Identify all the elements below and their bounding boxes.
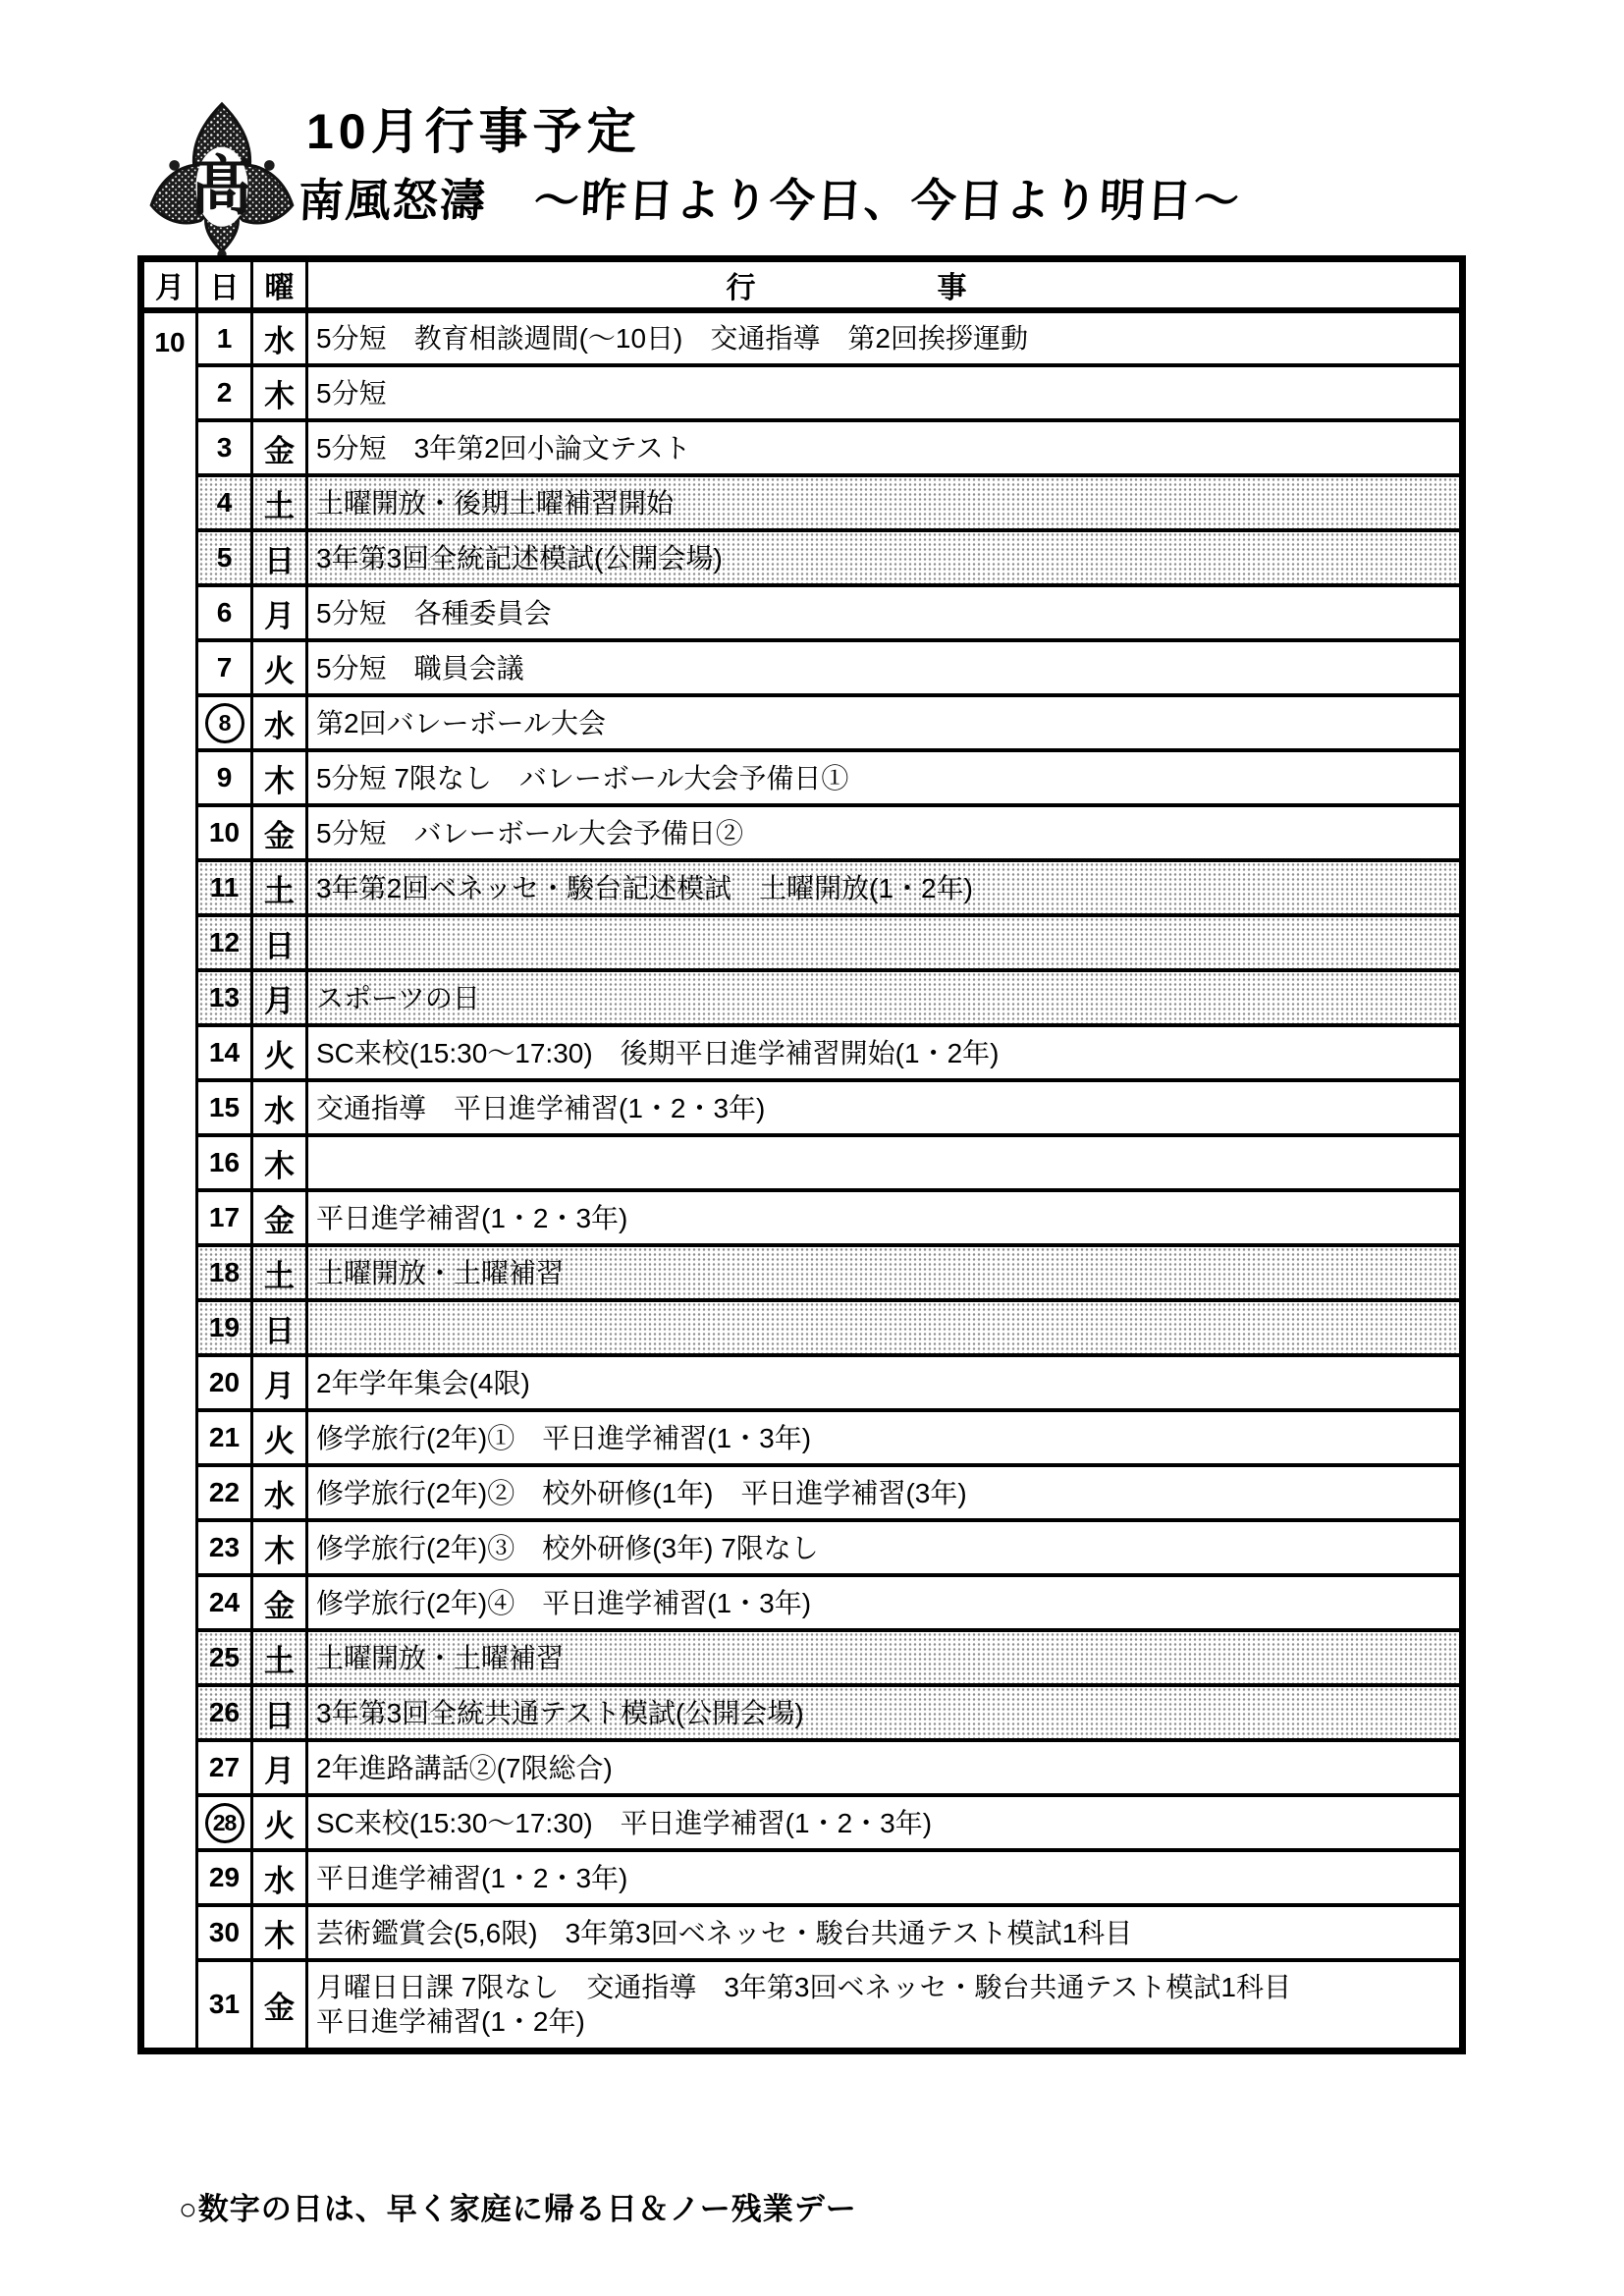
table-row: 18土土曜開放・土曜補習 [141, 1245, 1463, 1300]
table-row: 17金平日進学補習(1・2・3年) [141, 1190, 1463, 1245]
event-cell [307, 915, 1463, 970]
day-cell: 15 [197, 1080, 252, 1135]
weekday-cell: 火 [252, 640, 307, 695]
weekday-cell: 水 [252, 1465, 307, 1520]
day-cell: 10 [197, 805, 252, 860]
day-cell: 4 [197, 475, 252, 530]
event-cell: 月曜日日課 7限なし 交通指導 3年第3回ベネッセ・駿台共通テスト模試1科目平日… [307, 1960, 1463, 2050]
weekday-cell: 火 [252, 1025, 307, 1080]
event-cell: 平日進学補習(1・2・3年) [307, 1850, 1463, 1905]
table-row: 8水第2回バレーボール大会 [141, 695, 1463, 750]
table-row: 22水修学旅行(2年)② 校外研修(1年) 平日進学補習(3年) [141, 1465, 1463, 1520]
table-row: 19日 [141, 1300, 1463, 1355]
column-header-weekday: 曜 [252, 259, 307, 311]
event-cell: 修学旅行(2年)② 校外研修(1年) 平日進学補習(3年) [307, 1465, 1463, 1520]
event-cell: 2年学年集会(4限) [307, 1355, 1463, 1410]
day-cell: 28 [197, 1795, 252, 1850]
column-header-event: 行事 [307, 259, 1463, 311]
table-row: 27月2年進路講話②(7限総合) [141, 1740, 1463, 1795]
day-cell: 25 [197, 1630, 252, 1685]
table-row: 4土土曜開放・後期土曜補習開始 [141, 475, 1463, 530]
circled-day-number: 28 [205, 1803, 244, 1843]
table-row: 16木 [141, 1135, 1463, 1190]
logo-kanji: 髙 [189, 150, 254, 222]
table-row: 2木5分短 [141, 365, 1463, 420]
table-row: 10金5分短 バレーボール大会予備日② [141, 805, 1463, 860]
day-cell: 20 [197, 1355, 252, 1410]
day-cell: 21 [197, 1410, 252, 1465]
table-row: 13月スポーツの日 [141, 970, 1463, 1025]
day-cell: 22 [197, 1465, 252, 1520]
event-cell [307, 1135, 1463, 1190]
table-row: 24金修学旅行(2年)④ 平日進学補習(1・3年) [141, 1575, 1463, 1630]
weekday-cell: 金 [252, 1190, 307, 1245]
day-cell: 6 [197, 585, 252, 640]
weekday-cell: 水 [252, 695, 307, 750]
document-page: 髙 10月行事予定 南風怒濤 ～昨日より今日、今日より明日～ 月 日 曜 行事 … [0, 0, 1624, 2296]
event-cell: 5分短 職員会議 [307, 640, 1463, 695]
event-cell: 2年進路講話②(7限総合) [307, 1740, 1463, 1795]
weekday-cell: 水 [252, 1850, 307, 1905]
day-cell: 3 [197, 420, 252, 475]
day-cell: 9 [197, 750, 252, 805]
table-row: 20月2年学年集会(4限) [141, 1355, 1463, 1410]
table-row: 9木5分短 7限なし バレーボール大会予備日① [141, 750, 1463, 805]
table-row: 11土3年第2回ベネッセ・駿台記述模試 土曜開放(1・2年) [141, 860, 1463, 915]
event-cell: 平日進学補習(1・2・3年) [307, 1190, 1463, 1245]
table-row: 31金月曜日日課 7限なし 交通指導 3年第3回ベネッセ・駿台共通テスト模試1科… [141, 1960, 1463, 2050]
event-cell: 修学旅行(2年)③ 校外研修(3年) 7限なし [307, 1520, 1463, 1575]
event-cell: スポーツの日 [307, 970, 1463, 1025]
table-row: 28火SC来校(15:30～17:30) 平日進学補習(1・2・3年) [141, 1795, 1463, 1850]
day-cell: 31 [197, 1960, 252, 2050]
day-cell: 23 [197, 1520, 252, 1575]
weekday-cell: 日 [252, 1685, 307, 1740]
day-cell: 26 [197, 1685, 252, 1740]
day-cell: 16 [197, 1135, 252, 1190]
event-cell: 3年第2回ベネッセ・駿台記述模試 土曜開放(1・2年) [307, 860, 1463, 915]
day-cell: 24 [197, 1575, 252, 1630]
day-cell: 12 [197, 915, 252, 970]
school-emblem-logo: 髙 [145, 100, 298, 261]
table-row: 101水5分短 教育相談週間(～10日) 交通指導 第2回挨拶運動 [141, 310, 1463, 365]
event-cell: 5分短 各種委員会 [307, 585, 1463, 640]
event-cell: 第2回バレーボール大会 [307, 695, 1463, 750]
weekday-cell: 金 [252, 805, 307, 860]
table-header-row: 月 日 曜 行事 [141, 259, 1463, 311]
event-cell: 修学旅行(2年)① 平日進学補習(1・3年) [307, 1410, 1463, 1465]
day-cell: 30 [197, 1905, 252, 1960]
month-cell: 10 [141, 310, 197, 2050]
event-cell: 5分短 7限なし バレーボール大会予備日① [307, 750, 1463, 805]
day-cell: 29 [197, 1850, 252, 1905]
day-cell: 17 [197, 1190, 252, 1245]
page-subtitle: 南風怒濤 ～昨日より今日、今日より明日～ [297, 165, 1242, 230]
event-cell: 3年第3回全統共通テスト模試(公開会場) [307, 1685, 1463, 1740]
weekday-cell: 金 [252, 1960, 307, 2050]
event-cell: 土曜開放・土曜補習 [307, 1630, 1463, 1685]
weekday-cell: 金 [252, 420, 307, 475]
weekday-cell: 月 [252, 1740, 307, 1795]
day-cell: 18 [197, 1245, 252, 1300]
weekday-cell: 水 [252, 1080, 307, 1135]
table-row: 23木修学旅行(2年)③ 校外研修(3年) 7限なし [141, 1520, 1463, 1575]
weekday-cell: 土 [252, 1245, 307, 1300]
table-row: 26日3年第3回全統共通テスト模試(公開会場) [141, 1685, 1463, 1740]
schedule-table-body: 101水5分短 教育相談週間(～10日) 交通指導 第2回挨拶運動2木5分短3金… [141, 310, 1463, 2050]
page-title: 10月行事予定 [306, 92, 641, 163]
day-cell: 19 [197, 1300, 252, 1355]
weekday-cell: 日 [252, 915, 307, 970]
event-cell: 5分短 バレーボール大会予備日② [307, 805, 1463, 860]
footer-note: ○数字の日は、早く家庭に帰る日＆ノー残業デー [179, 2184, 857, 2228]
weekday-cell: 木 [252, 1520, 307, 1575]
weekday-cell: 土 [252, 860, 307, 915]
day-cell: 5 [197, 530, 252, 585]
day-cell: 13 [197, 970, 252, 1025]
day-cell: 1 [197, 310, 252, 365]
weekday-cell: 金 [252, 1575, 307, 1630]
event-cell: SC来校(15:30～17:30) 平日進学補習(1・2・3年) [307, 1795, 1463, 1850]
table-row: 21火修学旅行(2年)① 平日進学補習(1・3年) [141, 1410, 1463, 1465]
weekday-cell: 水 [252, 310, 307, 365]
event-cell: 5分短 [307, 365, 1463, 420]
weekday-cell: 土 [252, 475, 307, 530]
table-row: 14火SC来校(15:30～17:30) 後期平日進学補習開始(1・2年) [141, 1025, 1463, 1080]
table-row: 29水平日進学補習(1・2・3年) [141, 1850, 1463, 1905]
event-cell: 土曜開放・後期土曜補習開始 [307, 475, 1463, 530]
day-cell: 8 [197, 695, 252, 750]
day-cell: 11 [197, 860, 252, 915]
weekday-cell: 火 [252, 1795, 307, 1850]
circled-day-number: 8 [205, 703, 244, 743]
day-cell: 27 [197, 1740, 252, 1795]
table-row: 3金5分短 3年第2回小論文テスト [141, 420, 1463, 475]
table-row: 5日3年第3回全統記述模試(公開会場) [141, 530, 1463, 585]
weekday-cell: 月 [252, 970, 307, 1025]
weekday-cell: 月 [252, 585, 307, 640]
table-row: 6月5分短 各種委員会 [141, 585, 1463, 640]
event-cell: 土曜開放・土曜補習 [307, 1245, 1463, 1300]
weekday-cell: 木 [252, 750, 307, 805]
table-row: 15水交通指導 平日進学補習(1・2・3年) [141, 1080, 1463, 1135]
event-cell: 芸術鑑賞会(5,6限) 3年第3回ベネッセ・駿台共通テスト模試1科目 [307, 1905, 1463, 1960]
event-cell: 5分短 3年第2回小論文テスト [307, 420, 1463, 475]
schedule-table: 月 日 曜 行事 101水5分短 教育相談週間(～10日) 交通指導 第2回挨拶… [137, 255, 1466, 2054]
weekday-cell: 月 [252, 1355, 307, 1410]
weekday-cell: 木 [252, 1905, 307, 1960]
day-cell: 2 [197, 365, 252, 420]
event-cell [307, 1300, 1463, 1355]
table-row: 12日 [141, 915, 1463, 970]
day-cell: 7 [197, 640, 252, 695]
weekday-cell: 土 [252, 1630, 307, 1685]
weekday-cell: 木 [252, 365, 307, 420]
weekday-cell: 日 [252, 530, 307, 585]
weekday-cell: 日 [252, 1300, 307, 1355]
event-cell: SC来校(15:30～17:30) 後期平日進学補習開始(1・2年) [307, 1025, 1463, 1080]
column-header-month: 月 [141, 259, 197, 311]
table-row: 30木芸術鑑賞会(5,6限) 3年第3回ベネッセ・駿台共通テスト模試1科目 [141, 1905, 1463, 1960]
event-cell: 交通指導 平日進学補習(1・2・3年) [307, 1080, 1463, 1135]
event-cell: 修学旅行(2年)④ 平日進学補習(1・3年) [307, 1575, 1463, 1630]
table-row: 25土土曜開放・土曜補習 [141, 1630, 1463, 1685]
event-cell: 3年第3回全統記述模試(公開会場) [307, 530, 1463, 585]
table-row: 7火5分短 職員会議 [141, 640, 1463, 695]
weekday-cell: 木 [252, 1135, 307, 1190]
column-header-day: 日 [197, 259, 252, 311]
event-cell: 5分短 教育相談週間(～10日) 交通指導 第2回挨拶運動 [307, 310, 1463, 365]
weekday-cell: 火 [252, 1410, 307, 1465]
day-cell: 14 [197, 1025, 252, 1080]
